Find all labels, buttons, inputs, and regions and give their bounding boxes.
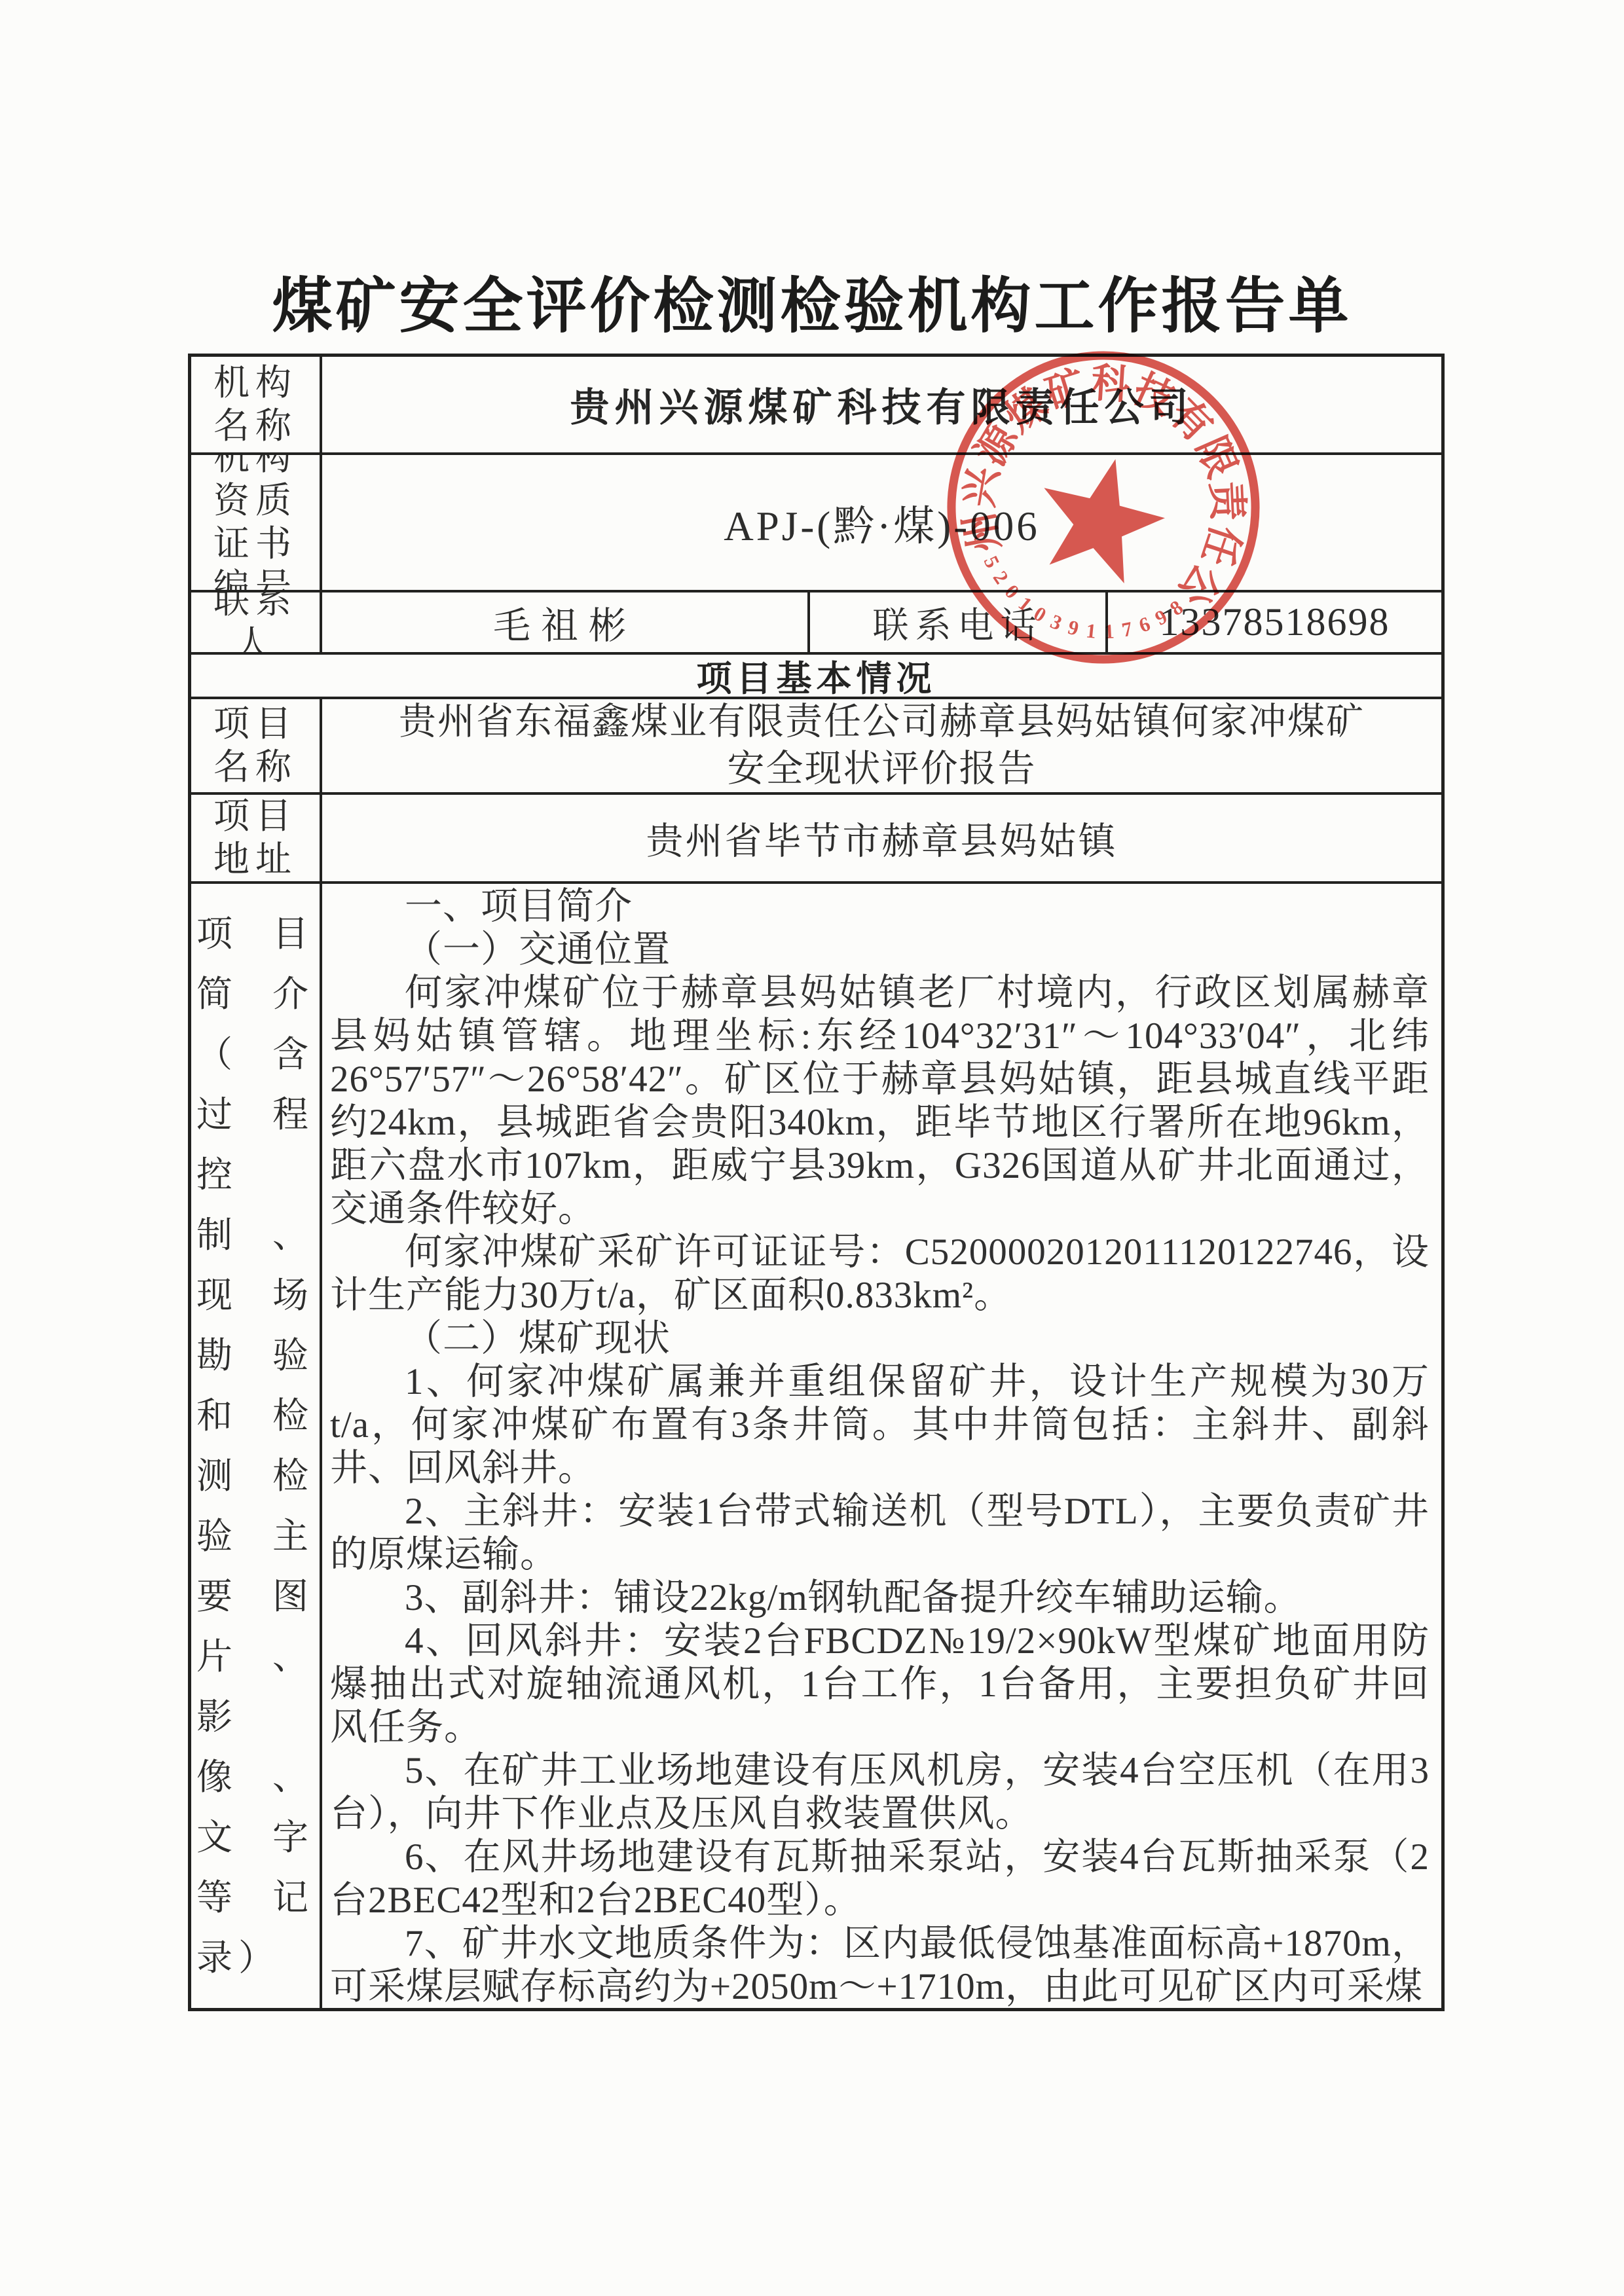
contact-label: 联系人	[191, 592, 322, 655]
project-address-value-cell: 贵州省毕节市赫章县妈姑镇	[322, 795, 1441, 884]
profile-paragraph: 何家冲煤矿位于赫章县妈姑镇老厂村境内，行政区划属赫章县妈姑镇管辖。地理坐标:东经…	[330, 972, 1430, 1231]
profile-paragraph: 4、回风斜井：安装2台FBCDZ№19/2×90kW型煤矿地面用防爆抽出式对旋轴…	[330, 1620, 1430, 1749]
profile-paragraph: 5、在矿井工业场地建设有压风机房，安装4台空压机（在用3台），向井下作业点及压风…	[330, 1749, 1430, 1836]
project-name-line1: 贵州省东福鑫煤业有限责任公司赫章县妈姑镇何家冲煤矿	[399, 699, 1365, 746]
page-title: 煤矿安全评价检测检验机构工作报告单	[0, 274, 1624, 340]
profile-paragraphs: 一、项目简介（一）交通位置何家冲煤矿位于赫章县妈姑镇老厂村境内，行政区划属赫章县…	[322, 884, 1441, 2009]
profile-paragraph: 何家冲煤矿采矿许可证证号：C5200002012011120122746，设计生…	[330, 1231, 1430, 1317]
profile-paragraph: （二）煤矿现状	[330, 1317, 1430, 1360]
profile-paragraph: （一）交通位置	[330, 928, 1430, 972]
report-table: 机构名称 贵州兴源煤矿科技有限责任公司 机构资质证书编号 APJ-(黔·煤)-0…	[188, 354, 1445, 2011]
contact-name-value: 毛祖彬	[493, 596, 637, 649]
phone-label-cell: 联系电话	[810, 592, 1108, 655]
profile-label: 项目简介（含过程控制、现场勘验和检测检验主要图片、影像、文字等记录）	[191, 884, 322, 2009]
cert-no-value-cell: APJ-(黔·煤)-006	[322, 455, 1441, 592]
section-header-cell: 项目基本情况	[191, 655, 1441, 699]
profile-paragraph: 一、项目简介	[330, 885, 1430, 928]
cert-no-label: 机构资质证书编号	[191, 455, 322, 592]
profile-paragraph: 2、主斜井：安装1台带式输送机（型号DTL），主要负责矿井的原煤运输。	[330, 1490, 1430, 1576]
scanned-report-page: 煤矿安全评价检测检验机构工作报告单 机构名称 贵州兴源煤矿科技有限责任公司 机构…	[0, 0, 1624, 2296]
org-name-label: 机构名称	[191, 357, 322, 455]
project-address-label: 项目地址	[191, 795, 322, 884]
profile-paragraph: 3、副斜井：铺设22kg/m钢轨配备提升绞车辅助运输。	[330, 1576, 1430, 1620]
project-name-line2: 安全现状评价报告	[728, 746, 1037, 793]
phone-label: 联系电话	[872, 596, 1043, 648]
phone-value-cell: 13378518698	[1108, 592, 1441, 655]
project-name-label: 项目名称	[191, 699, 322, 795]
project-address-value: 贵州省毕节市赫章县妈姑镇	[646, 811, 1118, 865]
org-name-value: 贵州兴源煤矿科技有限责任公司	[570, 376, 1194, 433]
profile-paragraph: 1、何家冲煤矿属兼并重组保留矿井，设计生产规模为30万t/a，何家冲煤矿布置有3…	[330, 1360, 1430, 1490]
org-name-value-cell: 贵州兴源煤矿科技有限责任公司	[322, 357, 1441, 455]
profile-paragraph: 6、在风井场地建设有瓦斯抽采泵站，安装4台瓦斯抽采泵（2台2BEC42型和2台2…	[330, 1836, 1430, 1922]
cert-no-value: APJ-(黔·煤)-006	[724, 493, 1039, 553]
section-header: 项目基本情况	[697, 655, 936, 699]
profile-paragraph: 7、矿井水文地质条件为：区内最低侵蚀基准面标高+1870m，可采煤层赋存标高约为…	[330, 1922, 1430, 2009]
phone-value: 13378518698	[1160, 600, 1390, 645]
project-name-value-cell: 贵州省东福鑫煤业有限责任公司赫章县妈姑镇何家冲煤矿 安全现状评价报告	[322, 699, 1441, 795]
contact-name-cell: 毛祖彬	[322, 592, 810, 655]
